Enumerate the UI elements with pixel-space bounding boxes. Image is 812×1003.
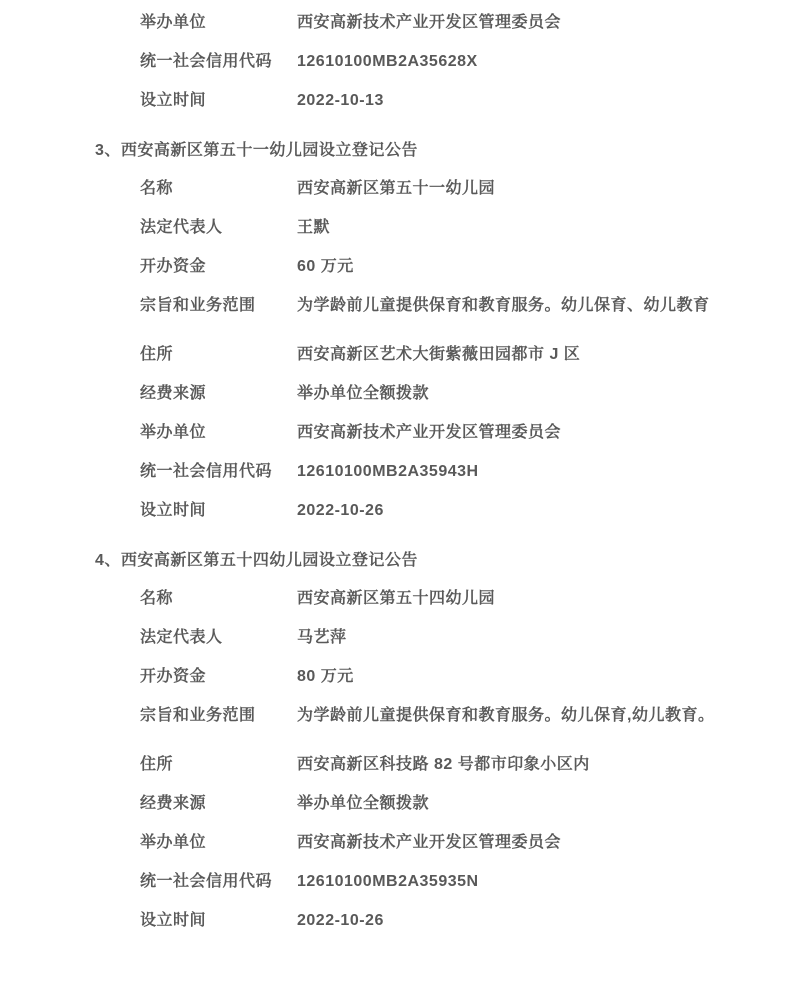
announcement-section: 4、西安高新区第五十四幼儿园设立登记公告 名称 西安高新区第五十四幼儿园 法定代… bbox=[0, 551, 812, 931]
record-row: 名称 西安高新区第五十一幼儿园 bbox=[140, 179, 772, 199]
record-row: 法定代表人 王默 bbox=[140, 218, 772, 238]
record-row: 经费来源 举办单位全额拨款 bbox=[140, 384, 772, 404]
record-row: 名称 西安高新区第五十四幼儿园 bbox=[140, 589, 772, 609]
partial-record: 举办单位 西安高新技术产业开发区管理委员会 统一社会信用代码 12610100M… bbox=[0, 13, 812, 111]
field-value: 12610100MB2A35935N bbox=[297, 872, 772, 892]
field-value: 西安高新技术产业开发区管理委员会 bbox=[297, 423, 772, 443]
record-row: 住所 西安高新区科技路 82 号都市印象小区内 bbox=[140, 755, 772, 775]
record-row: 统一社会信用代码 12610100MB2A35628X bbox=[140, 52, 772, 72]
field-label: 经费来源 bbox=[140, 794, 297, 814]
document-page: 举办单位 西安高新技术产业开发区管理委员会 统一社会信用代码 12610100M… bbox=[0, 0, 812, 931]
record-row: 开办资金 60 万元 bbox=[140, 257, 772, 277]
field-value: 王默 bbox=[297, 218, 772, 238]
field-value: 西安高新区艺术大街紫薇田园都市 J 区 bbox=[297, 345, 772, 365]
record-row: 住所 西安高新区艺术大街紫薇田园都市 J 区 bbox=[140, 345, 772, 365]
field-value: 西安高新区第五十四幼儿园 bbox=[297, 589, 772, 609]
field-label: 开办资金 bbox=[140, 667, 297, 687]
record-row: 设立时间 2022-10-26 bbox=[140, 501, 772, 521]
field-label: 设立时间 bbox=[140, 911, 297, 931]
record-row: 设立时间 2022-10-26 bbox=[140, 911, 772, 931]
field-label: 经费来源 bbox=[140, 384, 297, 404]
field-label: 法定代表人 bbox=[140, 218, 297, 238]
field-value: 西安高新区第五十一幼儿园 bbox=[297, 179, 772, 199]
field-label: 统一社会信用代码 bbox=[140, 52, 297, 72]
field-value: 西安高新技术产业开发区管理委员会 bbox=[297, 833, 772, 853]
record-row: 宗旨和业务范围 为学龄前儿童提供保育和教育服务。幼儿保育,幼儿教育。 bbox=[140, 706, 772, 726]
record-row: 开办资金 80 万元 bbox=[140, 667, 772, 687]
field-label: 住所 bbox=[140, 345, 297, 365]
announcement-title: 3、西安高新区第五十一幼儿园设立登记公告 bbox=[95, 141, 812, 161]
record-row: 举办单位 西安高新技术产业开发区管理委员会 bbox=[140, 13, 772, 33]
field-label: 名称 bbox=[140, 589, 297, 609]
field-label: 开办资金 bbox=[140, 257, 297, 277]
record-row: 法定代表人 马艺萍 bbox=[140, 628, 772, 648]
field-label: 宗旨和业务范围 bbox=[140, 706, 297, 726]
field-label: 举办单位 bbox=[140, 13, 297, 33]
field-value: 马艺萍 bbox=[297, 628, 772, 648]
field-value: 举办单位全额拨款 bbox=[297, 384, 772, 404]
field-label: 住所 bbox=[140, 755, 297, 775]
field-value: 12610100MB2A35628X bbox=[297, 52, 772, 72]
field-value: 西安高新技术产业开发区管理委员会 bbox=[297, 13, 772, 33]
field-value: 为学龄前儿童提供保育和教育服务。幼儿保育、幼儿教育 bbox=[297, 296, 772, 316]
field-label: 设立时间 bbox=[140, 91, 297, 111]
field-value: 2022-10-26 bbox=[297, 501, 772, 521]
field-label: 统一社会信用代码 bbox=[140, 872, 297, 892]
field-value: 60 万元 bbox=[297, 257, 772, 277]
field-label: 统一社会信用代码 bbox=[140, 462, 297, 482]
field-label: 法定代表人 bbox=[140, 628, 297, 648]
announcement-title: 4、西安高新区第五十四幼儿园设立登记公告 bbox=[95, 551, 812, 571]
announcement-section: 3、西安高新区第五十一幼儿园设立登记公告 名称 西安高新区第五十一幼儿园 法定代… bbox=[0, 141, 812, 521]
field-value: 2022-10-13 bbox=[297, 91, 772, 111]
record-row: 举办单位 西安高新技术产业开发区管理委员会 bbox=[140, 833, 772, 853]
record-row: 设立时间 2022-10-13 bbox=[140, 91, 772, 111]
field-label: 举办单位 bbox=[140, 423, 297, 443]
field-value: 西安高新区科技路 82 号都市印象小区内 bbox=[297, 755, 772, 775]
field-value: 80 万元 bbox=[297, 667, 772, 687]
field-value: 举办单位全额拨款 bbox=[297, 794, 772, 814]
record-row: 统一社会信用代码 12610100MB2A35943H bbox=[140, 462, 772, 482]
record-row: 举办单位 西安高新技术产业开发区管理委员会 bbox=[140, 423, 772, 443]
field-value: 12610100MB2A35943H bbox=[297, 462, 772, 482]
field-value: 为学龄前儿童提供保育和教育服务。幼儿保育,幼儿教育。 bbox=[297, 706, 772, 726]
field-label: 宗旨和业务范围 bbox=[140, 296, 297, 316]
field-label: 举办单位 bbox=[140, 833, 297, 853]
record-row: 经费来源 举办单位全额拨款 bbox=[140, 794, 772, 814]
field-value: 2022-10-26 bbox=[297, 911, 772, 931]
record-row: 统一社会信用代码 12610100MB2A35935N bbox=[140, 872, 772, 892]
field-label: 名称 bbox=[140, 179, 297, 199]
field-label: 设立时间 bbox=[140, 501, 297, 521]
record-row: 宗旨和业务范围 为学龄前儿童提供保育和教育服务。幼儿保育、幼儿教育 bbox=[140, 296, 772, 316]
